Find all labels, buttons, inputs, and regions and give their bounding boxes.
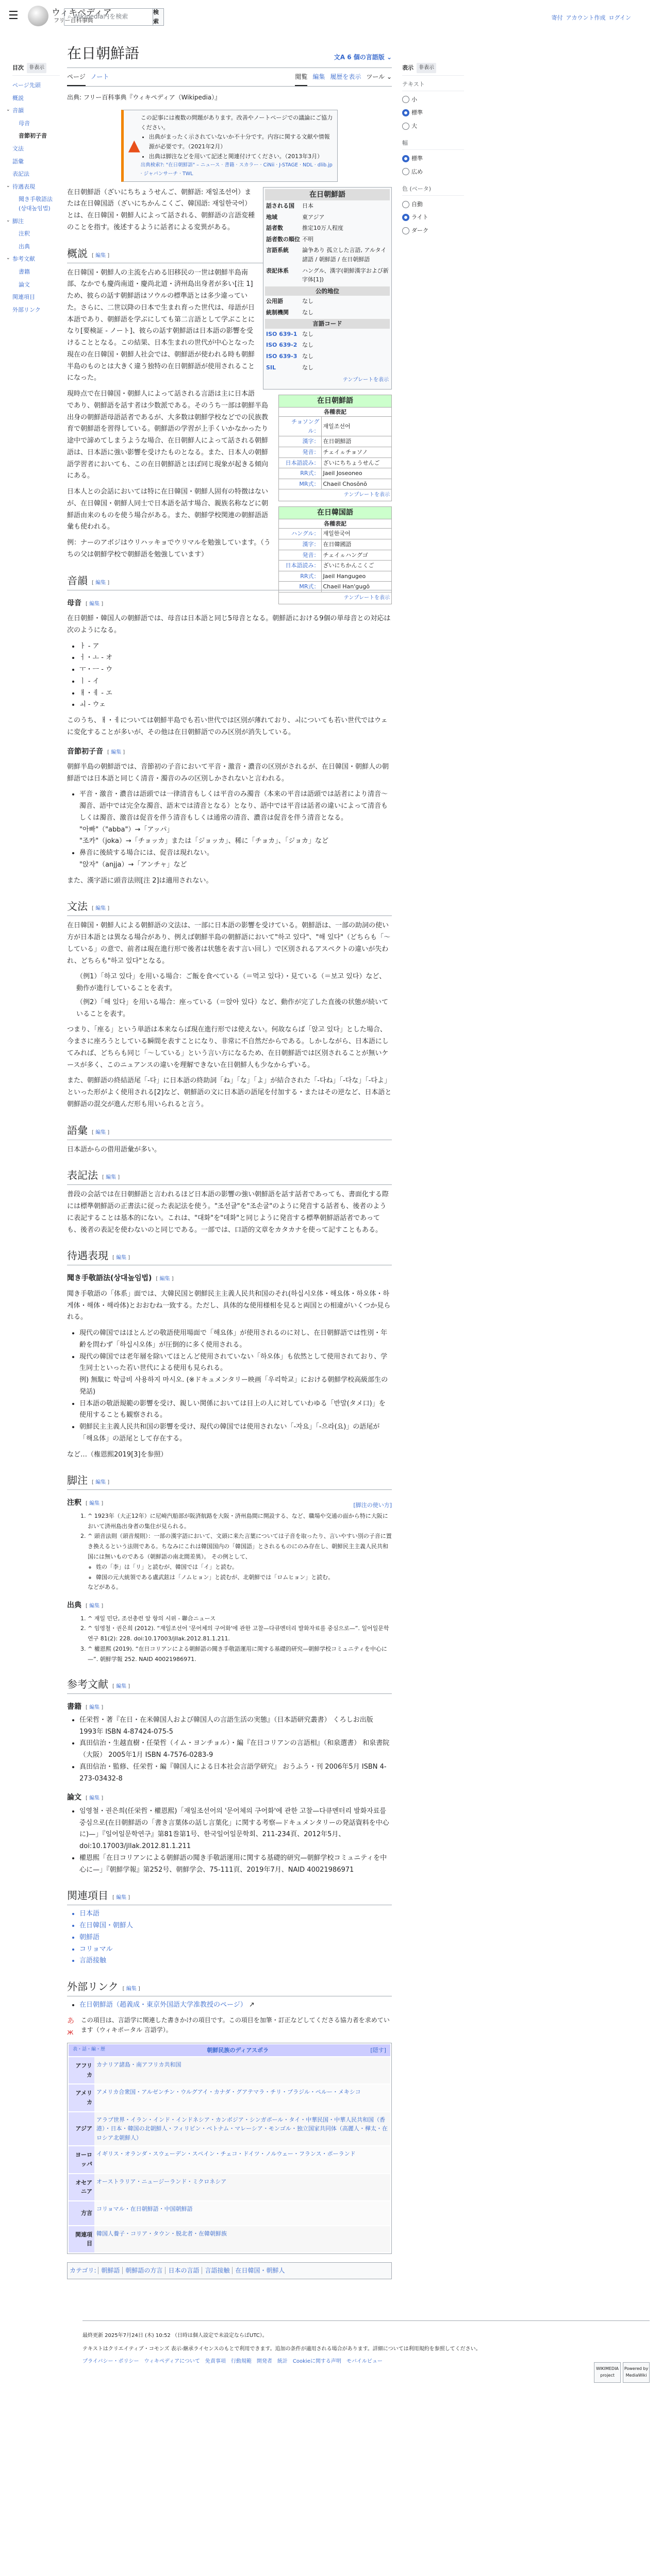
toc-item[interactable]: 母音 [12, 119, 60, 128]
vowel-item: ㅓ・ㅗ - オ [79, 652, 392, 664]
infobox-key: 話者数 [265, 223, 301, 234]
book-item: 真田信治・監修、任栄哲・編『韓国人による日本社会言語学研究』 おうふう・刊 20… [79, 1761, 392, 1785]
subsection-heading: 注釈[ 編集 ] [67, 1497, 392, 1509]
infobox-row: SILなし [265, 362, 390, 374]
infobox-value: なし [301, 296, 390, 307]
infobox-value: ハングル、漢字(朝鮮漢字および新字体[1]) [301, 265, 390, 285]
navbox-group: アジア [69, 2112, 94, 2146]
toc-item[interactable]: 書籍 [12, 267, 60, 277]
radio-button[interactable] [402, 201, 409, 208]
site-subtitle: 出典: フリー百科事典『ウィキペディア（Wikipedia）』 [67, 93, 392, 103]
navbox-hide-button[interactable]: [隠す] [370, 2046, 386, 2055]
language-button[interactable]: 文A 6 個の言語版 ⌄ [334, 53, 392, 65]
infobox-key: 話される国 [265, 200, 301, 212]
issues-notice: ▲ この記事には複数の問題があります。改善やノートページでの議論にご協力ください… [121, 110, 338, 182]
book-item: 真田信治・生越直樹・任榮哲（イム・ヨンチョル）・編『在日コリアンの言語相』（和泉… [79, 1738, 392, 1761]
section-heading: 関連項目[ 編集 ] [67, 1887, 392, 1905]
site-header: ☰ ウィキペディア フリー百科事典 ⌕Wikipedia内を検索 検索 寄付 ア… [0, 0, 662, 32]
last-edited: 最終更新 2025年7月24日 (木) 10:52 （日時は個人設定で未設定なら… [82, 2331, 650, 2341]
radio-label: 大 [411, 122, 417, 131]
login-link[interactable]: ログイン [609, 13, 631, 23]
reference-item: ^ 임영철・권은희 (2012). “재일조선어 '문어체의 구어화'에 관한 … [88, 1623, 392, 1644]
transcription-value: ざいにちちょうせんご [321, 457, 391, 468]
radio-option[interactable]: 広め [402, 167, 464, 177]
vowel-item: ㅚ - ウェ [79, 699, 392, 711]
source-search-links[interactable]: 出典検索?: "在日朝鮮語" – ニュース · 書籍 · スカラー · CiNi… [141, 161, 333, 178]
infobox-value: 日本 [301, 200, 390, 212]
infobox-row: 地域東アジア [265, 212, 390, 223]
toc-item[interactable]: 出典 [12, 242, 60, 251]
transcription-key[interactable]: チョソングル： [279, 417, 321, 436]
paper-item: 權恩熙「在日コリアンによる朝鮮語の聞き手敬語運用に関する基礎的研究—朝鮮学校コミ… [79, 1853, 392, 1876]
radio-label: ダーク [411, 226, 428, 235]
section-heading: 脚注[ 編集 ] [67, 1472, 392, 1490]
transcription-value: Chaeil Han'gugŏ [321, 582, 391, 592]
infobox-value: 東アジア [301, 212, 390, 223]
radio-button[interactable] [402, 96, 409, 103]
edit-link[interactable]: 編集 [95, 1130, 106, 1136]
reference-item: ^ 權恩熙 (2019). “在日コリアンによる朝鮮語の聞き手敬語運用に関する基… [88, 1644, 392, 1665]
edit-link[interactable]: 編集 [89, 1705, 100, 1710]
navbox-group: 関連項目 [69, 2226, 94, 2252]
navbox-title[interactable]: 朝鮮民族のディアスポラ [207, 2046, 269, 2055]
transcription-key[interactable]: RR式： [279, 468, 321, 479]
infobox-key: 表記体系 [265, 265, 301, 285]
infobox-row: 話される国日本 [265, 200, 390, 212]
honorific-point: 朝鮮民主主義人民共和国の影響を受け、現代の韓国では使用されない「-자요」「-으라… [79, 1421, 392, 1445]
appearance-group-label: テキスト [402, 76, 464, 91]
navbox-list[interactable]: イギリス・オランダ・スウェーデン・スペイン・チェコ・ドイツ・ノルウェー・フランス… [94, 2146, 390, 2173]
book-item: 任栄哲・著『在日・在米韓国人および韓国人の言語生活の実態』（日本語研究叢書） く… [79, 1715, 392, 1738]
footnote-usage-link[interactable]: [脚注の使い方] [353, 1501, 392, 1510]
transcription-key[interactable]: 発音： [279, 447, 321, 457]
navbox-row: アジアアラブ世界・イラン・インド・インドネシア・カンボジア・シンガポール・タイ・… [69, 2112, 390, 2146]
infobox-value: 論争あり 孤立した言語, アルタイ諸語 / 朝鮮語 / 在日朝鮮語 [301, 245, 390, 265]
footer-link[interactable]: モバイルビュー [346, 2358, 383, 2366]
main-menu-icon[interactable]: ☰ [8, 7, 21, 25]
honorific-point: 日本語の敬語規範の影響を受け、親しい関係においては目上の人に対していわゆる「반말… [79, 1398, 392, 1422]
toc-item[interactable]: 聞き手敬語法(상대높임법) [12, 195, 60, 213]
transcription-value: ざいにちかんこくご [321, 561, 391, 571]
radio-button[interactable] [402, 168, 409, 175]
infobox-value: なし [301, 340, 390, 351]
donate-link[interactable]: 寄付 [552, 13, 563, 23]
subsection-heading: 出典[ 編集 ] [67, 1600, 392, 1611]
footer-link[interactable]: ウィキペディアについて [144, 2358, 200, 2366]
edit-link[interactable]: 編集 [111, 750, 121, 755]
radio-label: 小 [411, 95, 417, 105]
navbox-list[interactable]: アラブ世界・イラン・インド・インドネシア・カンボジア・シンガポール・タイ・中華民… [94, 2112, 390, 2146]
search-icon: ⌕ [68, 12, 71, 22]
infobox-value: なし [301, 351, 390, 362]
infobox-key: 話者数の順位 [265, 234, 301, 245]
appearance-hide-button[interactable]: 非表示 [417, 63, 436, 73]
translate-icon: 文A [334, 54, 347, 61]
infobox-row: ISO 639-2なし [265, 340, 390, 351]
user-links: 寄付 アカウント作成 ログイン [552, 13, 631, 23]
radio-option[interactable]: 標準 [402, 108, 464, 117]
chevron-down-icon[interactable]: ⌄ [6, 182, 10, 190]
edit-link[interactable]: 編集 [106, 1175, 116, 1180]
appearance-panel: 表示非表示 テキスト小標準大幅標準広め色 (ベータ)自動ライトダーク [402, 63, 464, 2300]
tab-talk[interactable]: ノート [91, 72, 109, 86]
category-link[interactable]: 言語接触 [202, 2267, 232, 2274]
infobox-key: 統制機関 [265, 307, 301, 318]
transcription-key[interactable]: MR式： [279, 582, 321, 592]
infobox-value: なし [301, 329, 390, 340]
navbox-row: アフリカカナリア諸島・南アフリカ共和国 [69, 2057, 390, 2083]
infobox-value: 不明 [301, 234, 390, 245]
transcription-value: Chaeil Chosŏnŏ [321, 479, 391, 489]
transcription-box-subtitle: 各種表記 [279, 519, 391, 529]
vowel-item: ㅜ・ㅡ - ウ [79, 664, 392, 676]
edit-link[interactable]: 編集 [116, 1684, 126, 1689]
infobox-value: なし [301, 362, 390, 374]
navbox-list[interactable]: カナリア諸島・南アフリカ共和国 [94, 2057, 390, 2083]
section-heading: 表記法[ 編集 ] [67, 1167, 392, 1185]
infobox-row: 統制機関なし [265, 307, 390, 318]
transcription-box-title: 在日韓国語 [279, 507, 391, 519]
vowel-item: ㅐ・ㅔ - エ [79, 688, 392, 700]
navbox-list[interactable]: 韓国人養子・コリア・タウン・脱北者・在韓朝鮮族 [94, 2226, 390, 2252]
infobox-value: なし [301, 307, 390, 318]
transcription-key[interactable]: 漢字： [279, 436, 321, 447]
transcription-key[interactable]: ハングル： [279, 529, 321, 539]
radio-label: ライト [411, 213, 428, 222]
toc-item[interactable]: 関連項目 [12, 293, 60, 302]
category-link[interactable]: 朝鮮語の方言 [122, 2267, 165, 2274]
subsection-heading: 論文[ 編集 ] [67, 1792, 392, 1803]
radio-label: 標準 [411, 154, 423, 163]
footer-link[interactable]: Cookieに関する声明 [293, 2358, 341, 2366]
tab-history[interactable]: 履歴を表示 [330, 72, 361, 86]
example-line: 例) 無駄に 학급비 사용하지 마시오. (※ドキュメンタリー映画「우리학교」に… [79, 1375, 392, 1398]
radio-button[interactable] [402, 214, 409, 221]
transcription-key[interactable]: MR式： [279, 479, 321, 489]
infobox-row: 話者数推定10万人程度 [265, 223, 390, 234]
search-form: ⌕Wikipedia内を検索 検索 [64, 8, 164, 26]
infobox-key: ISO 639-3 [265, 351, 301, 362]
related-link[interactable]: 在日韓国・朝鮮人 [79, 1920, 392, 1932]
toc-item[interactable]: ⌄参考文献 [12, 255, 60, 264]
transcription-value: 在日韓國語 [321, 539, 391, 550]
transcription-value: 재일한국어 [321, 529, 391, 539]
transcription-box-title: 在日朝鮮語 [279, 395, 391, 407]
search-input[interactable]: ⌕Wikipedia内を検索 [64, 8, 153, 26]
edit-link[interactable]: 編集 [116, 1895, 126, 1901]
appearance-group-label: 色 (ベータ) [402, 180, 464, 196]
navbox-row: アメリカアメリカ合衆国・アルゼンチン・ウルグアイ・カナダ・グアテマラ・チリ・ブラ… [69, 2084, 390, 2111]
radio-button[interactable] [402, 123, 409, 130]
transcription-value: 재일조선어 [321, 417, 391, 436]
chevron-down-icon[interactable]: ⌄ [6, 217, 10, 224]
transcription-key[interactable]: 発音： [279, 550, 321, 561]
infobox-row: ISO 639-3なし [265, 351, 390, 362]
toc-hide-button[interactable]: 非表示 [27, 63, 46, 73]
toc-item[interactable]: 文法 [12, 144, 60, 154]
toc-item[interactable]: 注釈 [12, 229, 60, 239]
category-link[interactable]: 朝鮮語 [98, 2267, 122, 2274]
navbox-group: アフリカ [69, 2057, 94, 2083]
navbox-group: オセアニア [69, 2174, 94, 2200]
example-line: "조카"（joka）→「チョッカ」または「ジョッカ」、稀に「チョカ」、「ジョカ」… [79, 836, 392, 848]
globe-icon [28, 6, 48, 26]
issue-item: 出典がまったく示されていないか不十分です。内容に関する文献や情報源が必要です。（… [149, 132, 333, 151]
language-infobox: 在日朝鮮語 話される国日本地域東アジア話者数推定10万人程度話者数の順位不明言語… [263, 187, 392, 389]
edit-link[interactable]: 編集 [89, 1501, 100, 1506]
mediawiki-badge[interactable]: Powered by MediaWiki [623, 2362, 650, 2383]
consonant-rule: 鼻音に後続する場合には、促音は現れない。"앉자"（anjja）→「アンチャ」など [79, 848, 392, 871]
infobox-key: 言語系統 [265, 245, 301, 265]
toc-title: 目次 [12, 63, 24, 73]
toc-item[interactable]: ⌄音韻 [12, 106, 60, 115]
vowel-item: ㅣ - イ [79, 676, 392, 688]
license-text: テキストはクリエイティブ・コモンズ 表示-継承ライセンスのもとで利用できます。追… [82, 2345, 650, 2354]
section-heading: 参考文献[ 編集 ] [67, 1676, 392, 1694]
edit-link[interactable]: 編集 [116, 1255, 126, 1261]
subsection-heading: 音節初子音[ 編集 ] [67, 746, 392, 757]
category-link[interactable]: 日本の言語 [165, 2267, 202, 2274]
footer-link[interactable]: 行動規範 [231, 2358, 252, 2366]
navbox-group: アメリカ [69, 2084, 94, 2111]
related-link[interactable]: 言語接触 [79, 1955, 392, 1967]
linguistics-icon: あж [67, 2015, 78, 2039]
navbox-row: 関連項目韓国人養子・コリア・タウン・脱北者・在韓朝鮮族 [69, 2226, 390, 2252]
page-title: 在日朝鮮語 [67, 42, 139, 65]
tab-read[interactable]: 閲覧 [295, 72, 307, 86]
radio-label: 標準 [411, 108, 423, 117]
related-link[interactable]: コリョマル [79, 1944, 392, 1956]
toc-item[interactable]: 音節初子音 [12, 131, 60, 141]
radio-option[interactable]: 大 [402, 122, 464, 131]
template-link[interactable]: テンプレートを表示 [279, 489, 391, 501]
radio-label: 広め [411, 167, 423, 177]
section-heading: 文法[ 編集 ] [67, 898, 392, 916]
transcription-box: 在日韓国語各種表記ハングル：재일한국어漢字：在日韓國語発音：チェイㇽハングゴ日本… [278, 506, 392, 604]
edit-link[interactable]: 編集 [95, 253, 106, 259]
edit-link[interactable]: 編集 [126, 1986, 137, 1992]
navbox-row: ヨーロッパイギリス・オランダ・スウェーデン・スペイン・チェコ・ドイツ・ノルウェー… [69, 2146, 390, 2173]
transcription-key[interactable]: RR式： [279, 571, 321, 582]
footer-link[interactable]: プライバシー・ポリシー [82, 2358, 139, 2366]
categories-label[interactable]: カテゴリ: [70, 2267, 96, 2274]
appearance-title: 表示 [402, 63, 413, 73]
related-link[interactable]: 朝鮮語 [79, 1932, 392, 1944]
radio-button[interactable] [402, 227, 409, 234]
toc-item[interactable]: 外部リンク [12, 306, 60, 315]
template-link[interactable]: テンプレートを表示 [265, 373, 390, 387]
category-link[interactable]: 在日韓国・朝鮮人 [232, 2267, 287, 2274]
edit-link[interactable]: 編集 [89, 1603, 100, 1609]
transcription-box: 在日朝鮮語各種表記チョソングル：재일조선어漢字：在日朝鮮語発音：チェイㇽチョソノ… [278, 395, 392, 501]
edit-link[interactable]: 編集 [95, 580, 106, 586]
toc-item[interactable]: 論文 [12, 280, 60, 290]
edit-link[interactable]: 編集 [160, 1276, 170, 1282]
infobox-key: ISO 639-2 [265, 340, 301, 351]
example-line: "아빠"（"abba"）→「アッパ」 [79, 824, 392, 836]
infobox-value: 推定10万人程度 [301, 223, 390, 234]
template-link[interactable]: テンプレートを表示 [279, 592, 391, 604]
infobox-row: ISO 639-1なし [265, 329, 390, 340]
transcription-value: Jaeil Hangugeo [321, 571, 391, 582]
transcription-key[interactable]: 日本語読み： [279, 561, 321, 571]
radio-button[interactable] [402, 109, 409, 116]
reference-item: ^ 재일 민단, 조선총련 앞 항의 시위 - 聯合ニュース [88, 1614, 392, 1624]
related-link[interactable]: 日本語 [79, 1908, 392, 1920]
diaspora-navbox: 表・話・編・歴 朝鮮民族のディアスポラ [隠す] アフリカカナリア諸島・南アフリ… [67, 2043, 392, 2254]
consonant-rule: 平音・激音・濃音は語頭では一律清音もしくは平音のみ濁音（本来の平音は語頭では話者… [79, 789, 392, 848]
navbox-row: オセアニアオーストラリア・ニュージーランド・ミクロネシア [69, 2174, 390, 2200]
navbox-list[interactable]: オーストラリア・ニュージーランド・ミクロネシア [94, 2174, 390, 2200]
edit-link[interactable]: 編集 [89, 1795, 100, 1801]
tools-dropdown[interactable]: ツール ⌄ [366, 72, 392, 86]
page-footer: 最終更新 2025年7月24日 (木) 10:52 （日時は個人設定で未設定なら… [82, 2320, 650, 2424]
toc-item[interactable]: 表記法 [12, 170, 60, 179]
honorific-point: 現代の韓国ではほとんどの敬語使用場面で「해요体」が使用されるのに対し、在日朝鮮語… [79, 1328, 392, 1351]
transcription-box-subtitle: 各種表記 [279, 408, 391, 417]
toc-item[interactable]: 語彙 [12, 157, 60, 166]
transcription-value: チェイㇽハングゴ [321, 550, 391, 561]
warning-icon: ▲ [128, 113, 141, 178]
subsection-heading: 書籍[ 編集 ] [67, 1701, 392, 1713]
edit-link[interactable]: 編集 [95, 1480, 106, 1485]
infobox-key: SIL [265, 362, 301, 374]
infobox-key: 地域 [265, 212, 301, 223]
external-link[interactable]: 在日朝鮮語（趙義成・東京外国語大学准教授のページ） [79, 2001, 247, 2009]
transcription-value: チェイㇽチョソノ [321, 447, 391, 457]
radio-option[interactable]: 小 [402, 95, 464, 105]
navbox-vtea-links[interactable]: 表・話・編・歴 [73, 2046, 105, 2055]
radio-button[interactable] [402, 155, 409, 162]
table-of-contents: 目次非表示 ページ先頭概説⌄音韻母音音節初子音文法語彙表記法⌄待遇表現聞き手敬語… [12, 63, 60, 2300]
toc-item[interactable]: ⌄脚注 [12, 217, 60, 226]
navbox-group: 方言 [69, 2201, 94, 2225]
article: 在日朝鮮語 文A 6 個の言語版 ⌄ ページ ノート 閲覧 編集 履歴を表示 ツ… [67, 42, 392, 2300]
example-line: "앉자"（anjja）→「アンチャ」など [79, 859, 392, 871]
transcription-value: Jaeil Joseoneo [321, 468, 391, 479]
footer-link[interactable]: 統計 [277, 2358, 288, 2366]
footer-link[interactable]: 開発者 [257, 2358, 272, 2366]
navbox-group: ヨーロッパ [69, 2146, 94, 2173]
chevron-down-icon[interactable]: ⌄ [6, 106, 10, 113]
edit-link[interactable]: 編集 [89, 601, 100, 607]
transcription-key[interactable]: 漢字： [279, 539, 321, 550]
toc-item[interactable]: ページ先頭 [12, 81, 60, 90]
toc-item[interactable]: 概説 [12, 94, 60, 103]
radio-option[interactable]: ダーク [402, 226, 464, 235]
create-account-link[interactable]: アカウント作成 [566, 13, 606, 23]
edit-link[interactable]: 編集 [95, 906, 106, 911]
tab-page[interactable]: ページ [67, 72, 86, 86]
transcription-value: 在日朝鮮語 [321, 436, 391, 447]
honorific-point: 現代の韓国では老年層を除いてほとんど使用されていない「하오体」も依然として使用さ… [79, 1351, 392, 1398]
stub-notice: あж この項目は、言語学に関連した書きかけの項目です。この項目を加筆・訂正などし… [67, 2015, 392, 2039]
page-tabs: ページ ノート 閲覧 編集 履歴を表示 ツール ⌄ [67, 68, 392, 87]
navbox-list[interactable]: アメリカ合衆国・アルゼンチン・ウルグアイ・カナダ・グアテマラ・チリ・ブラジル・ペ… [94, 2084, 390, 2111]
chevron-down-icon[interactable]: ⌄ [6, 255, 10, 262]
infobox-key: 公用語 [265, 296, 301, 307]
navbox-row: 方言コリョマル・在日朝鮮語・中国朝鮮語 [69, 2201, 390, 2225]
footer-link[interactable]: 免責事項 [205, 2358, 226, 2366]
radio-option[interactable]: 自動 [402, 200, 464, 209]
wikimedia-badge[interactable]: WIKIMEDIA project [594, 2362, 621, 2383]
subsection-heading: 聞き手敬語法(상대높임법)[ 編集 ] [67, 1273, 392, 1284]
category-bar: カテゴリ: 朝鮮語朝鮮語の方言日本の言語言語接触在日韓国・朝鮮人 [67, 2262, 392, 2279]
infobox-row: 公用語なし [265, 296, 390, 307]
radio-label: 自動 [411, 200, 423, 209]
tab-edit[interactable]: 編集 [312, 72, 325, 86]
notes-list: ^ 1923年（大正12年）に尼崎汽船部が阪済航路を大阪・済州島間に開設する、な… [67, 1511, 392, 1592]
section-heading: 待遇表現[ 編集 ] [67, 1247, 392, 1265]
transcription-key[interactable]: 日本語読み： [279, 457, 321, 468]
vowel-item: ㅏ - ア [79, 641, 392, 653]
navbox-list[interactable]: コリョマル・在日朝鮮語・中国朝鮮語 [94, 2201, 390, 2225]
search-button[interactable]: 検索 [153, 8, 164, 26]
section-heading: 語彙[ 編集 ] [67, 1122, 392, 1140]
issue-item: 出典は脚注などを用いて記述と関連付けてください。（2013年3月） [149, 152, 333, 162]
section-heading: 外部リンク[ 編集 ] [67, 1978, 392, 1996]
infobox-key: ISO 639-1 [265, 329, 301, 340]
radio-option[interactable]: ライト [402, 213, 464, 222]
toc-item[interactable]: ⌄待遇表現 [12, 182, 60, 192]
references-list: ^ 재일 민단, 조선총련 앞 항의 시위 - 聯合ニュース^ 임영철・권은희 … [67, 1614, 392, 1665]
appearance-group-label: 幅 [402, 134, 464, 150]
page-title-bar: 在日朝鮮語 文A 6 個の言語版 ⌄ [67, 42, 392, 68]
infobox-row: 話者数の順位不明 [265, 234, 390, 245]
paper-item: 임영철・권은희(任栄哲・權恩熙)「재일조선어의 '문어체의 구어화'에 관한 고… [79, 1806, 392, 1853]
infobox-row: 言語系統論争あり 孤立した言語, アルタイ諸語 / 朝鮮語 / 在日朝鮮語 [265, 245, 390, 265]
radio-option[interactable]: 標準 [402, 154, 464, 163]
infobox-row: 表記体系ハングル、漢字(朝鮮漢字および新字体[1]) [265, 265, 390, 285]
